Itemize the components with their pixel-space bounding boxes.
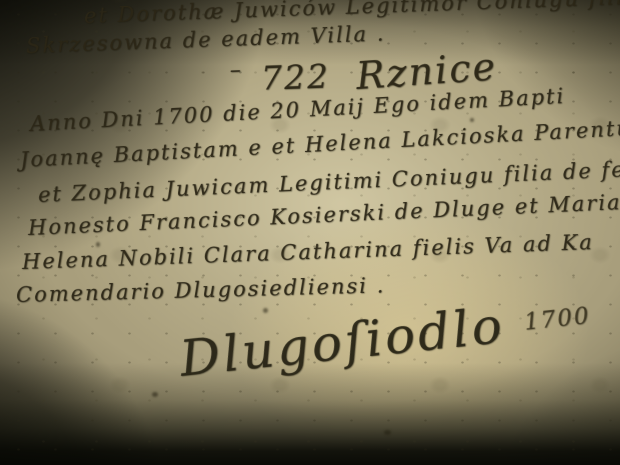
entry-number: 722 — [260, 57, 330, 98]
signature-place: Dlugoſiodlo — [177, 296, 507, 388]
ink-speck — [96, 242, 100, 247]
manuscript-photo: et Dorothæ Juwiców Legitimor Coniugu fil… — [0, 0, 620, 465]
manuscript-line-5: Helena Nobili Clara Catharina fielis Va … — [22, 230, 595, 274]
ink-speck — [384, 430, 391, 435]
ink-speck — [152, 392, 158, 397]
signature-line: Dlugoſiodlo1700 — [177, 287, 593, 388]
ink-speck — [263, 308, 268, 313]
ink-speck — [470, 118, 474, 122]
manuscript-line-6: Comendario Dlugosiedliensi . — [16, 273, 386, 307]
heading-dash: – — [229, 58, 243, 83]
signature-year: 1700 — [523, 303, 592, 336]
